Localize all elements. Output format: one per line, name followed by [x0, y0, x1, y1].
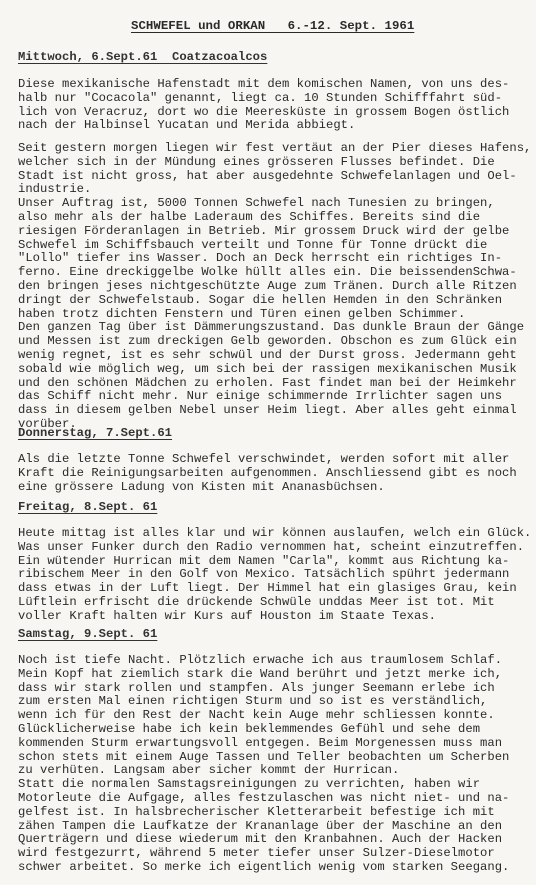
text-line: schwer arbeitet. So merke ich eigentlich…: [18, 861, 536, 875]
text-line: Kraft die Reinigungsarbeiten aufgenommen…: [18, 467, 536, 481]
text-line: industrie.: [18, 183, 536, 197]
text-line: sobald wie möglich weg, um sich bei der …: [18, 363, 536, 377]
paragraph: Als die letzte Tonne Schwefel verschwind…: [18, 453, 536, 494]
text-line: Stadt ist nicht gross, hat aber ausgedeh…: [18, 170, 536, 184]
text-line: Lüftlein erfrischt die drückende Schwüle…: [18, 596, 536, 610]
text-line: eine grössere Ladung von Kisten mit Anan…: [18, 481, 536, 495]
section-heading-samstag: Samstag, 9.Sept. 61: [18, 628, 157, 642]
section-heading-freitag: Freitag, 8.Sept. 61: [18, 501, 157, 515]
text-line: "Lollo" tiefer ins Wasser. Doch an Deck …: [18, 252, 536, 266]
section-heading-donnerstag: Donnerstag, 7.Sept.61: [18, 427, 172, 441]
text-line: ferno. Eine dreckiggelbe Wolke hüllt all…: [18, 266, 536, 280]
paragraph: Noch ist tiefe Nacht. Plötzlich erwache …: [18, 654, 536, 875]
text-line: Motorleute die Aufgage, alles festzulasc…: [18, 792, 536, 806]
text-line: Unser Auftrag ist, 5000 Tonnen Schwefel …: [18, 197, 536, 211]
text-line: Statt die normalen Samstagsreinigungen z…: [18, 778, 536, 792]
text-line: zum ersten Mal einen richtigen Sturm und…: [18, 695, 536, 709]
text-line: also mehr als der halbe Laderaum des Sch…: [18, 211, 536, 225]
text-line: den bringen jeses nichtgeschützte Auge z…: [18, 280, 536, 294]
text-line: Ein wütender Hurrican mit dem Namen "Car…: [18, 555, 536, 569]
text-line: Glücklicherweise habe ich kein beklemmen…: [18, 723, 536, 737]
text-line: Heute mittag ist alles klar und wir könn…: [18, 527, 536, 541]
text-line: schon stets mit einem Auge Tassen und Te…: [18, 751, 536, 765]
text-line: welcher sich in der Mündung eines grösse…: [18, 156, 536, 170]
section-heading-mittwoch: Mittwoch, 6.Sept.61 Coatzacoalcos: [18, 51, 267, 65]
text-line: riesigen Förderanlagen in Betrieb. Mir g…: [18, 225, 536, 239]
text-line: und Messen ist zum dreckigen Gelb geword…: [18, 335, 536, 349]
text-line: Als die letzte Tonne Schwefel verschwind…: [18, 453, 536, 467]
text-line: Schwefel im Schiffsbauch verteilt und To…: [18, 239, 536, 253]
text-line: lich von Veracruz, dort wo die Meeresküs…: [18, 106, 536, 120]
text-line: halb nur "Cocacola" genannt, liegt ca. 1…: [18, 92, 536, 106]
paragraph: Heute mittag ist alles klar und wir könn…: [18, 527, 536, 624]
text-line: Seit gestern morgen liegen wir fest vert…: [18, 142, 536, 156]
text-line: wenn ich für den Rest der Nacht kein Aug…: [18, 709, 536, 723]
text-line: dringt der Schwefelstaub. Sogar die hell…: [18, 294, 536, 308]
text-line: dass etwas in der Luft liegt. Der Himmel…: [18, 582, 536, 596]
document-title: SCHWEFEL und ORKAN 6.-12. Sept. 1961: [131, 20, 414, 34]
paragraph: Diese mexikanische Hafenstadt mit dem ko…: [18, 78, 536, 133]
text-line: dass in diesem gelben Nebel unser Heim l…: [18, 404, 536, 418]
paragraph: Seit gestern morgen liegen wir fest vert…: [18, 142, 536, 432]
text-line: ribischem Meer in den Golf von Mexico. T…: [18, 568, 536, 582]
text-line: wenig regnet, ist es sehr schwül und der…: [18, 349, 536, 363]
text-line: zu verhüten. Langsam aber sicher kommt d…: [18, 764, 536, 778]
document-page: SCHWEFEL und ORKAN 6.-12. Sept. 1961 Mit…: [0, 0, 536, 885]
text-line: haben trotz dichten Fenstern und Türen e…: [18, 308, 536, 322]
text-line: Mein Kopf hat ziemlich stark die Wand be…: [18, 668, 536, 682]
text-line: kommenden Sturm erwartungsvoll entgegen.…: [18, 737, 536, 751]
text-line: und den schönen Mädchen zu erholen. Fast…: [18, 377, 536, 391]
text-line: Den ganzen Tag über ist Dämmerungszustan…: [18, 321, 536, 335]
text-line: dass wir stark rollen und stampfen. Als …: [18, 682, 536, 696]
text-line: Diese mexikanische Hafenstadt mit dem ko…: [18, 78, 536, 92]
text-line: voller Kraft halten wir Kurs auf Houston…: [18, 610, 536, 624]
text-line: gelfest ist. In halsbrecherischer Klette…: [18, 806, 536, 820]
text-line: wird festgezurrt, während 5 meter tiefer…: [18, 847, 536, 861]
text-line: Was unser Funker durch den Radio vernomm…: [18, 541, 536, 555]
text-line: Querträgern und diese wiederum mit den K…: [18, 833, 536, 847]
text-line: nach der Halbinsel Yucatan und Merida ab…: [18, 119, 536, 133]
text-line: Noch ist tiefe Nacht. Plötzlich erwache …: [18, 654, 536, 668]
text-line: zähen Tampen die Laufkatze der Krananlag…: [18, 820, 536, 834]
text-line: das Schiff nicht mehr. Nur einige schimm…: [18, 390, 536, 404]
